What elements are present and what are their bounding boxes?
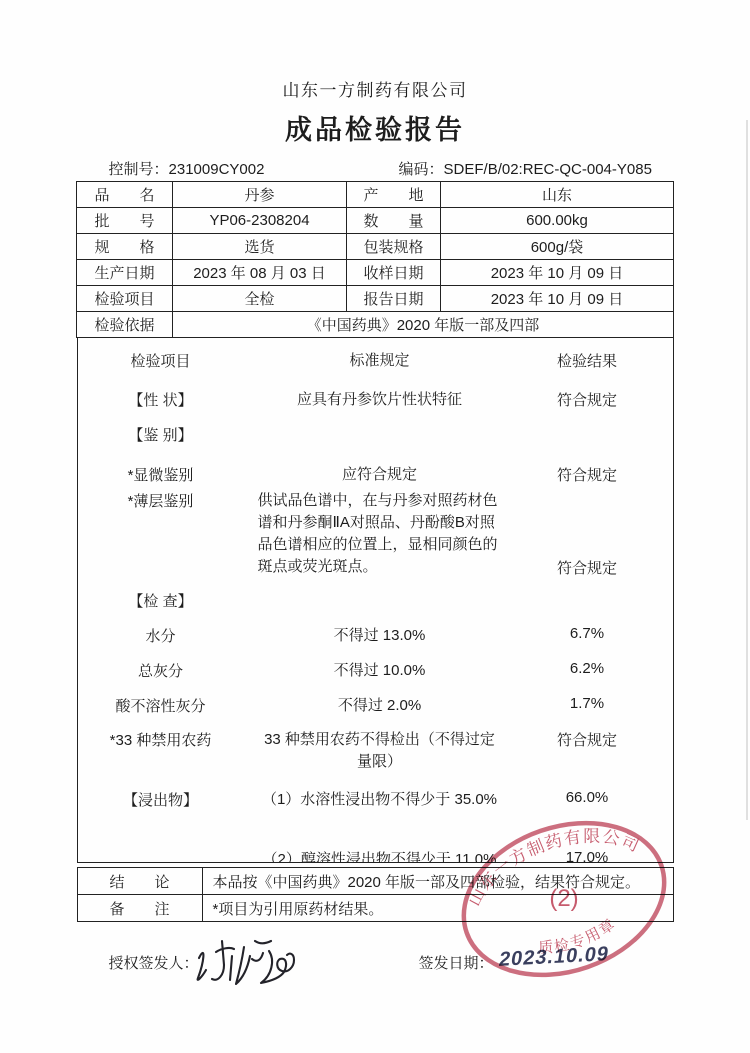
result-row-identification: 【鉴 别】: [78, 424, 673, 445]
standard-text: 应符合规定: [258, 464, 502, 486]
conclusion-label: 结 论: [77, 868, 202, 895]
stamp-center-number: (2): [549, 885, 578, 912]
field-value: 全检: [173, 286, 347, 312]
item-name: *显微鉴别: [78, 464, 258, 485]
item-name: 总灰分: [78, 660, 258, 681]
result-row-microscopic: *显微鉴别 应符合规定 符合规定: [78, 464, 673, 486]
result-value: 符合规定: [502, 729, 673, 750]
result-row-appearance: 【性 状】 应具有丹参饮片性状特征 符合规定: [78, 389, 673, 411]
result-value: 66.0%: [502, 789, 673, 806]
report-title: 成品检验报告: [0, 108, 750, 147]
standard-text: 33 种禁用农药不得检出（不得过定量限）: [258, 729, 502, 773]
scan-edge-streak: [746, 120, 748, 820]
field-value: 2023 年 10 月 09 日: [441, 286, 674, 312]
results-header-row: 检验项目 标准规定 检验结果: [78, 350, 673, 372]
item-name: 【鉴 别】: [78, 424, 258, 445]
control-value: 231009CY002: [169, 161, 265, 178]
field-value: 山东: [441, 182, 674, 208]
scan-speck: [294, 84, 298, 86]
field-label: 规 格: [77, 234, 173, 260]
standard-text: 不得过 13.0%: [258, 625, 502, 647]
column-header-standard: 标准规定: [258, 350, 502, 372]
field-value: 600.00kg: [441, 208, 674, 234]
field-label: 批 号: [77, 208, 173, 234]
item-name: *33 种禁用农药: [78, 729, 258, 750]
item-name: *薄层鉴别: [78, 490, 258, 511]
table-row: 检验依据 《中国药典》2020 年版一部及四部: [77, 312, 674, 338]
field-label: 报告日期: [347, 286, 441, 312]
field-value: 2023 年 10 月 09 日: [441, 260, 674, 286]
result-value: 符合规定: [502, 464, 673, 485]
result-row-total-ash: 总灰分 不得过 10.0% 6.2%: [78, 660, 673, 682]
column-header-item: 检验项目: [78, 350, 258, 371]
handwritten-signature: [189, 932, 309, 994]
item-name: 【浸出物】: [78, 789, 258, 810]
field-label: 包装规格: [347, 234, 441, 260]
item-name: 酸不溶性灰分: [78, 695, 258, 716]
table-row: 规 格 选货 包装规格 600g/袋: [77, 234, 674, 260]
table-row: 生产日期 2023 年 08 月 03 日 收样日期 2023 年 10 月 0…: [77, 260, 674, 286]
table-row: 品 名 丹参 产 地 山东: [77, 182, 674, 208]
result-row-banned-pesticides: *33 种禁用农药 33 种禁用农药不得检出（不得过定量限） 符合规定: [78, 729, 673, 773]
standard-text: 不得过 2.0%: [258, 695, 502, 717]
result-row-tlc: *薄层鉴别 供试品色谱中，在与丹参对照药材色谱和丹参酮ⅡA对照品、丹酚酸B对照品…: [78, 490, 673, 578]
item-name: 【检 查】: [78, 590, 258, 611]
product-info-table: 品 名 丹参 产 地 山东 批 号 YP06-2308204 数 量 600.0…: [76, 181, 674, 338]
standard-text: 应具有丹参饮片性状特征: [258, 389, 502, 411]
table-row: 检验项目 全检 报告日期 2023 年 10 月 09 日: [77, 286, 674, 312]
result-row-acid-insoluble-ash: 酸不溶性灰分 不得过 2.0% 1.7%: [78, 695, 673, 717]
authorized-signer-label: 授权签发人：: [109, 952, 199, 973]
inspection-results-section: 检验项目 标准规定 检验结果 【性 状】 应具有丹参饮片性状特征 符合规定 【鉴…: [77, 338, 674, 863]
field-value: 选货: [173, 234, 347, 260]
company-inspection-stamp: 山东一方制药有限公司 质检专用章 (2): [448, 806, 680, 996]
result-value: 符合规定: [502, 557, 673, 578]
control-line: 控制号：231009CY002 编码：SDEF/B/02:REC-QC-004-…: [77, 158, 674, 178]
company-name: 山东一方制药有限公司: [0, 0, 750, 101]
standard-text: 供试品色谱中，在与丹参对照药材色谱和丹参酮ⅡA对照品、丹酚酸B对照品色谱相应的位…: [258, 490, 502, 578]
field-label: 品 名: [77, 182, 173, 208]
result-value: 6.2%: [502, 660, 673, 677]
field-label: 数 量: [347, 208, 441, 234]
item-name: 水分: [78, 625, 258, 646]
field-label: 产 地: [347, 182, 441, 208]
field-label: 检验依据: [77, 312, 173, 338]
result-row-examination: 【检 查】: [78, 590, 673, 611]
code-label: 编码：: [399, 161, 444, 178]
code-value: SDEF/B/02:REC-QC-004-Y085: [444, 161, 652, 178]
field-value: 2023 年 08 月 03 日: [173, 260, 347, 286]
result-row-moisture: 水分 不得过 13.0% 6.7%: [78, 625, 673, 647]
field-value: YP06-2308204: [173, 208, 347, 234]
result-value: 6.7%: [502, 625, 673, 642]
field-value: 《中国药典》2020 年版一部及四部: [173, 312, 674, 338]
column-header-result: 检验结果: [502, 350, 673, 371]
result-value: 符合规定: [502, 389, 673, 410]
field-value: 600g/袋: [441, 234, 674, 260]
result-value: 1.7%: [502, 695, 673, 712]
doc-code: 编码：SDEF/B/02:REC-QC-004-Y085: [399, 158, 652, 179]
table-row: 批 号 YP06-2308204 数 量 600.00kg: [77, 208, 674, 234]
control-number: 控制号：231009CY002: [109, 158, 265, 179]
field-value: 丹参: [173, 182, 347, 208]
field-label: 收样日期: [347, 260, 441, 286]
field-label: 检验项目: [77, 286, 173, 312]
scanned-report-page: 山东一方制药有限公司 成品检验报告 控制号：231009CY002 编码：SDE…: [0, 0, 750, 1053]
control-label: 控制号：: [109, 161, 169, 178]
remark-label: 备 注: [77, 895, 202, 922]
field-label: 生产日期: [77, 260, 173, 286]
standard-text: 不得过 10.0%: [258, 660, 502, 682]
item-name: 【性 状】: [78, 389, 258, 410]
